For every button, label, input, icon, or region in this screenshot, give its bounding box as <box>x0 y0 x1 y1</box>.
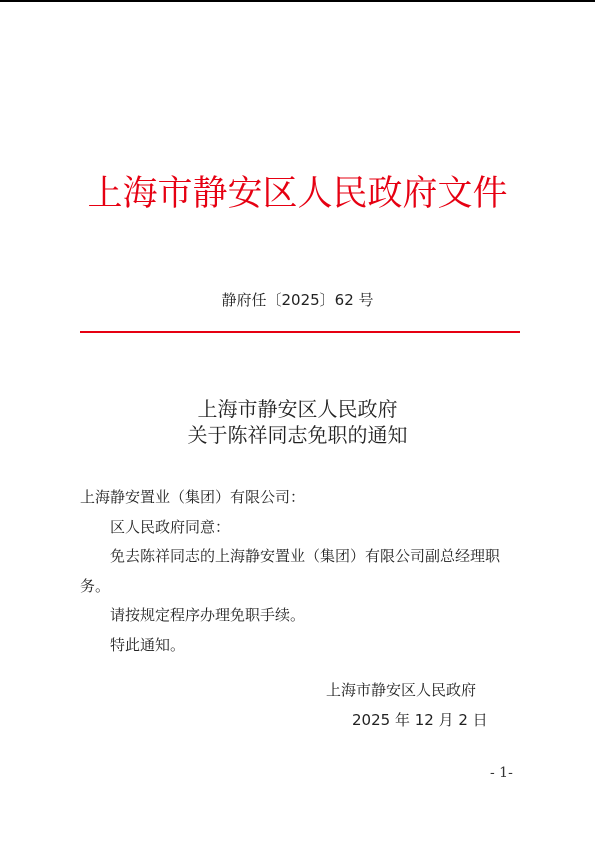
body-paragraph: 特此通知。 <box>80 631 520 661</box>
issuer-signature: 上海市静安区人民政府 <box>326 680 476 700</box>
red-separator-line <box>80 331 520 333</box>
notice-heading-line-1: 上海市静安区人民政府 <box>0 396 595 422</box>
page-number: - 1- <box>490 764 513 782</box>
notice-heading: 上海市静安区人民政府 关于陈祥同志免职的通知 <box>0 396 595 448</box>
body-paragraph: 免去陈祥同志的上海静安置业（集团）有限公司副总经理职务。 <box>80 542 520 601</box>
notice-body: 上海静安置业（集团）有限公司： 区人民政府同意： 免去陈祥同志的上海静安置业（集… <box>80 483 520 660</box>
top-border-line <box>0 0 595 2</box>
notice-heading-line-2: 关于陈祥同志免职的通知 <box>0 422 595 448</box>
body-paragraph: 区人民政府同意： <box>80 513 520 543</box>
addressee: 上海静安置业（集团）有限公司： <box>80 483 520 513</box>
document-header-title: 上海市静安区人民政府文件 <box>0 172 595 216</box>
body-paragraph: 请按规定程序办理免职手续。 <box>80 601 520 631</box>
document-number: 静府任〔2025〕62 号 <box>0 290 595 310</box>
issue-date: 2025 年 12 月 2 日 <box>352 710 488 730</box>
